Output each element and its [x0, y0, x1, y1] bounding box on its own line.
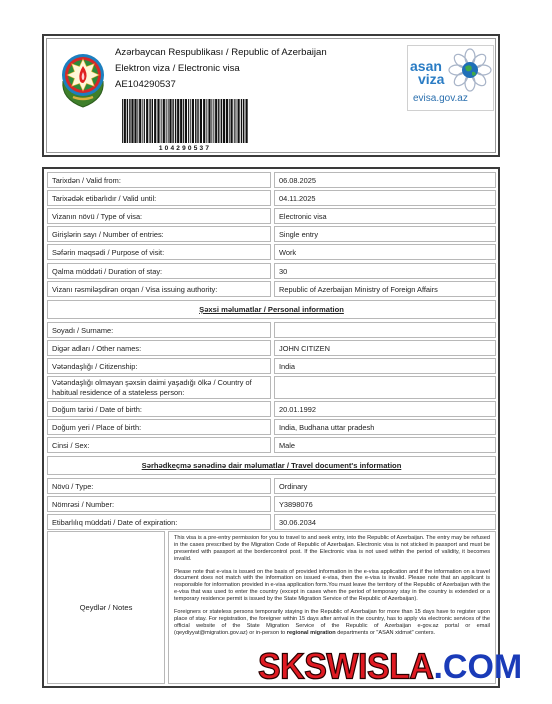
- logo-word-viza: viza: [418, 72, 444, 86]
- travel-doc-heading: Sərhədkeçmə sənədinə dair məlumatlar / T…: [47, 456, 496, 475]
- personal-info-heading: Şəxsi məlumatlar / Personal information: [47, 300, 496, 319]
- doc-expiry-label: Etibarlılıq müddəti / Date of expiration…: [47, 514, 271, 530]
- watermark: SKSWISLA.COM: [258, 650, 522, 684]
- stateless-residence-value: [274, 376, 496, 399]
- globe-flower-icon: [448, 48, 492, 92]
- notes-p3-end: departments or "ASAN xidmət" centers.: [336, 630, 435, 636]
- citizenship-label: Vətəndaşlığı / Citizenship:: [47, 358, 271, 374]
- country-title: Azərbaycan Respublikası / Republic of Az…: [115, 47, 327, 58]
- purpose-value: Work: [274, 244, 496, 260]
- dob-label: Doğum tarixi / Date of birth:: [47, 401, 271, 417]
- barcode-number: 104290537: [121, 145, 249, 152]
- visa-details-table: Tarixdən / Valid from: 06.08.2025 Tarixə…: [42, 167, 500, 688]
- doc-type-label: Növü / Type:: [47, 478, 271, 494]
- entries-value: Single entry: [274, 226, 496, 242]
- dob-value: 20.01.1992: [274, 401, 496, 417]
- doc-number-value: Y3898076: [274, 496, 496, 512]
- visa-type-label: Vizanın növü / Type of visa:: [47, 208, 271, 224]
- doc-expiry-value: 30.06.2034: [274, 514, 496, 530]
- duration-value: 30: [274, 263, 496, 279]
- visa-number: AE104290537: [115, 79, 176, 90]
- notes-paragraph-1: This visa is a pre-entry permission for …: [174, 535, 490, 563]
- birthplace-value: India, Budhana uttar pradesh: [274, 419, 496, 435]
- birthplace-label: Doğum yeri / Place of birth:: [47, 419, 271, 435]
- issuing-authority-label: Vizanı rəsmiləşdirən orqan / Visa issuin…: [47, 281, 271, 297]
- purpose-label: Səfərin məqsədi / Purpose of visit:: [47, 244, 271, 260]
- valid-from-value: 06.08.2025: [274, 172, 496, 188]
- citizenship-value: India: [274, 358, 496, 374]
- surname-label: Soyadı / Surname:: [47, 322, 271, 338]
- sex-value: Male: [274, 437, 496, 453]
- valid-until-value: 04.11.2025: [274, 190, 496, 206]
- issuing-authority-value: Republic of Azerbaijan Ministry of Forei…: [274, 281, 496, 297]
- visa-header: Azərbaycan Respublikası / Republic of Az…: [42, 34, 500, 157]
- valid-until-label: Tarixədək etibarlıdır / Valid until:: [47, 190, 271, 206]
- stateless-residence-label: Vətəndaşlığı olmayan şəxsin daimi yaşadı…: [47, 376, 271, 399]
- doc-number-label: Nömrəsi / Number:: [47, 496, 271, 512]
- doc-type-value: Ordinary: [274, 478, 496, 494]
- barcode-icon: [121, 99, 249, 143]
- notes-paragraph-3: Foreigners or stateless persons temporar…: [174, 609, 490, 637]
- other-names-label: Digər adları / Other names:: [47, 340, 271, 356]
- notes-paragraph-2: Please note that e-visa is issued on the…: [174, 569, 490, 603]
- visa-type-value: Electronic visa: [274, 208, 496, 224]
- watermark-part1: SKSWISLA: [258, 649, 433, 685]
- watermark-part2: .COM: [433, 650, 522, 684]
- valid-from-label: Tarixdən / Valid from:: [47, 172, 271, 188]
- other-names-value: JOHN CITIZEN: [274, 340, 496, 356]
- duration-label: Qalma müddəti / Duration of stay:: [47, 263, 271, 279]
- notes-label: Qeydlər / Notes: [47, 531, 165, 684]
- notes-p3-bold: regional migration: [287, 630, 336, 636]
- logo-site: evisa.gov.az: [413, 94, 468, 104]
- asan-viza-logo: asan viza evisa.gov.az: [407, 45, 494, 111]
- visa-type-title: Elektron viza / Electronic visa: [115, 63, 240, 74]
- surname-value: [274, 322, 496, 338]
- azerbaijan-emblem-icon: [59, 51, 107, 109]
- entries-label: Girişlərin sayı / Number of entries:: [47, 226, 271, 242]
- visa-header-inner: Azərbaycan Respublikası / Republic of Az…: [46, 38, 496, 153]
- sex-label: Cinsi / Sex:: [47, 437, 271, 453]
